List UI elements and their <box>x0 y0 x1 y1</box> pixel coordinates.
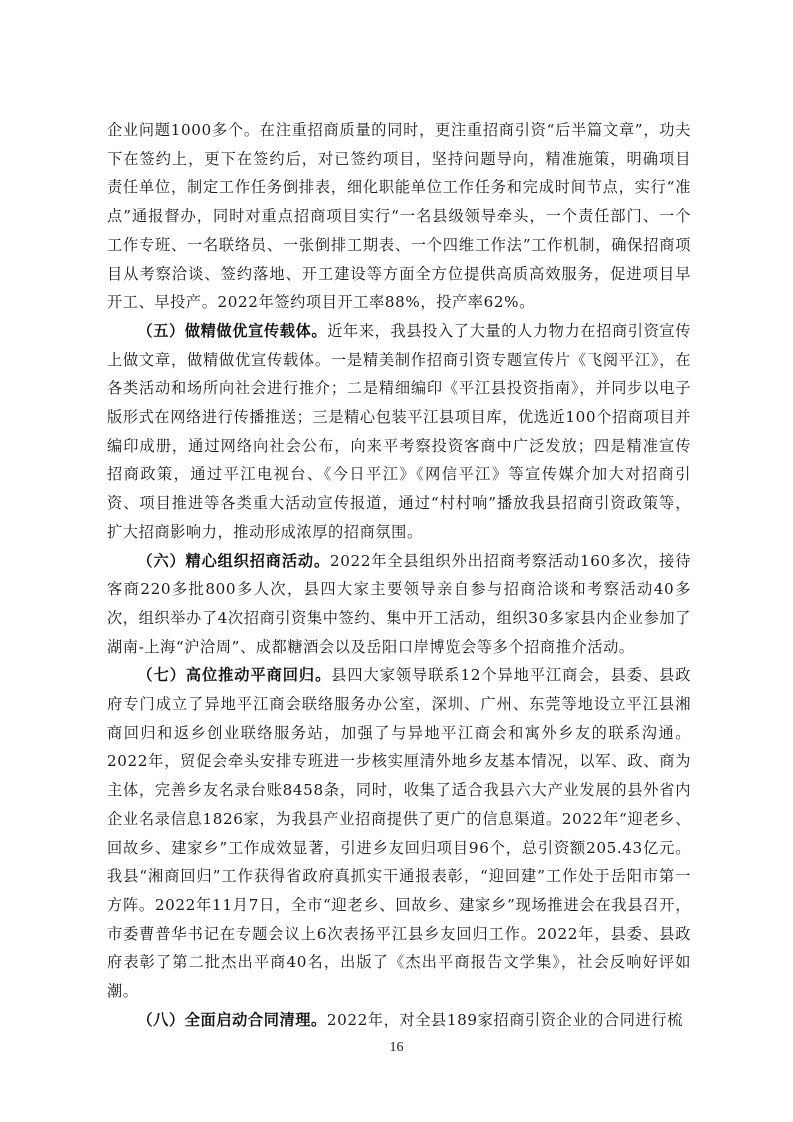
section-heading: （八）全面启动合同清理。 <box>137 1011 326 1029</box>
paragraph-section-6: （六）精心组织招商活动。2022年全县组织外出招商考察活动160多次，接待客商2… <box>107 547 691 662</box>
paragraph-text: 近年来，我县投入了大量的人力物力在招商引资宣传上做文章，做精做优宣传载体。一是精… <box>107 322 691 541</box>
paragraph-text: 企业问题1000多个。在注重招商质量的同时，更注重招商引资“后半篇文章”，功夫下… <box>107 121 691 311</box>
paragraph-continued: 企业问题1000多个。在注重招商质量的同时，更注重招商引资“后半篇文章”，功夫下… <box>107 116 691 317</box>
document-body: 企业问题1000多个。在注重招商质量的同时，更注重招商引资“后半篇文章”，功夫下… <box>107 116 691 1035</box>
section-heading: （七）高位推动平商回归。 <box>137 666 331 684</box>
paragraph-section-5: （五）做精做优宣传载体。近年来，我县投入了大量的人力物力在招商引资宣传上做文章，… <box>107 317 691 547</box>
paragraph-section-8: （八）全面启动合同清理。2022年，对全县189家招商引资企业的合同进行梳 <box>107 1006 691 1035</box>
page-number: 16 <box>0 1040 793 1056</box>
section-heading: （五）做精做优宣传载体。 <box>137 322 327 340</box>
document-page: 企业问题1000多个。在注重招商质量的同时，更注重招商引资“后半篇文章”，功夫下… <box>0 0 793 1122</box>
paragraph-text: 县四大家领导联系12个异地平江商会，县委、县政府专门成立了异地平江商会联络服务办… <box>107 666 691 1000</box>
section-heading: （六）精心组织招商活动。 <box>137 552 330 570</box>
paragraph-section-7: （七）高位推动平商回归。县四大家领导联系12个异地平江商会，县委、县政府专门成立… <box>107 661 691 1005</box>
paragraph-text: 2022年，对全县189家招商引资企业的合同进行梳 <box>327 1011 683 1029</box>
